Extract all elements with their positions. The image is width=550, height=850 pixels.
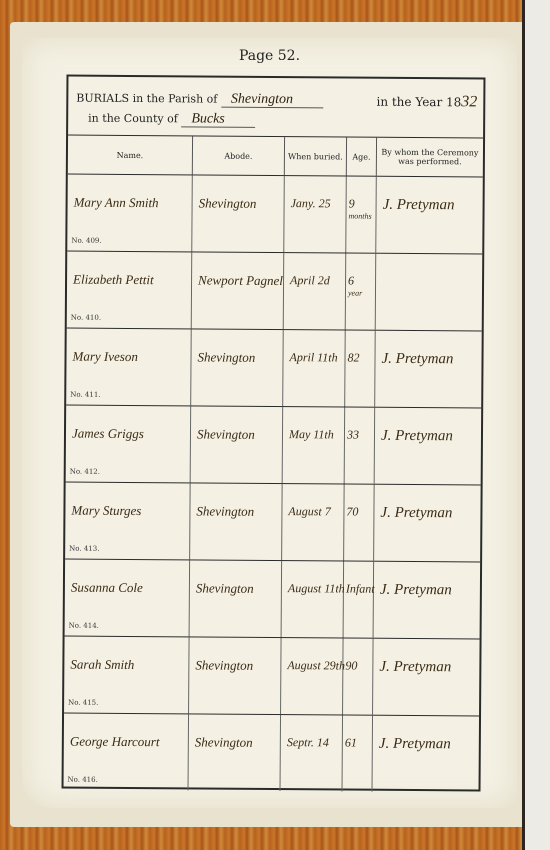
column-headers: Name. Abode. When buried. Age. By whom t… [68,136,483,178]
table-row: Mary IvesonNo. 411. Shevington April 11t… [66,329,482,409]
officiant-cell: J. Pretyman [375,408,482,485]
when-buried-cell: August 11th [282,561,345,637]
entry-number: No. 411. [70,391,100,399]
when-buried-cell: August 29th [281,638,344,714]
burial-register-table: BURIALS in the Parish of Shevington in t… [62,75,486,792]
name-cell: Elizabeth PettitNo. 410. [67,252,193,329]
entry-number: No. 412. [70,468,100,476]
year-line: in the Year 1832 [376,93,477,112]
age-cell: 70 [344,484,375,560]
name-cell: Mary IvesonNo. 411. [66,329,192,406]
name-cell: Susanna ColeNo. 414. [65,560,191,637]
age-cell: 82 [345,331,376,407]
officiant-cell: J. Pretyman [375,331,482,408]
table-row: Mary SturgesNo. 413. Shevington August 7… [65,483,481,563]
entries: Mary Ann SmithNo. 409. Shevington Jany. … [64,175,483,793]
when-buried-cell: August 7 [282,484,345,560]
when-buried-cell: April 11th [283,330,346,406]
entry-number: No. 414. [69,622,99,630]
officiant-cell: J. Pretyman [372,716,479,793]
facing-page-edge [522,0,550,850]
parish-line: BURIALS in the Parish of Shevington [76,91,323,109]
age-cell: 9months [346,177,377,253]
name-cell: James GriggsNo. 412. [66,406,192,483]
age-cell: 33 [345,407,376,483]
register-header: BURIALS in the Parish of Shevington in t… [68,77,483,139]
age-cell: 6year [346,254,377,330]
officiant-cell [376,254,483,331]
name-cell: Mary Ann SmithNo. 409. [67,175,193,252]
col-abode: Abode. [193,136,285,175]
age-cell: Infant [344,561,375,637]
table-row: Mary Ann SmithNo. 409. Shevington Jany. … [67,175,483,255]
entry-number: No. 416. [68,776,98,784]
abode-cell: Shevington [192,175,285,252]
abode-cell: Shevington [191,329,284,406]
col-age: Age. [347,138,377,176]
col-when-buried: When buried. [285,137,347,175]
age-cell: 90 [343,638,374,714]
when-buried-cell: Septr. 14 [281,715,344,791]
table-row: Elizabeth PettitNo. 410. Newport Pagnel … [67,252,483,332]
officiant-cell: J. Pretyman [373,639,480,716]
when-buried-cell: April 2d [284,253,347,329]
table-row: Sarah SmithNo. 415. Shevington August 29… [64,637,480,717]
abode-cell: Newport Pagnel [192,252,285,329]
name-cell: George HarcourtNo. 416. [64,714,190,791]
entry-number: No. 413. [69,545,99,553]
col-officiant: By whom the Ceremony was performed. [377,138,483,177]
abode-cell: Shevington [191,406,284,483]
page-title: Page 52. [22,48,517,64]
entry-number: No. 409. [71,237,101,245]
register-page: Page 52. BURIALS in the Parish of Shevin… [22,38,517,808]
officiant-cell: J. Pretyman [374,485,481,562]
table-row: Susanna ColeNo. 414. Shevington August 1… [65,560,481,640]
entry-number: No. 410. [71,314,101,322]
county-line: in the County of Bucks [88,111,255,128]
col-name: Name. [68,136,193,175]
abode-cell: Shevington [190,560,283,637]
when-buried-cell: May 11th [283,407,346,483]
table-row: James GriggsNo. 412. Shevington May 11th… [66,406,482,486]
abode-cell: Shevington [190,483,283,560]
officiant-cell: J. Pretyman [376,177,483,254]
age-cell: 61 [342,715,373,791]
year-suffix: 32 [461,93,477,110]
name-cell: Sarah SmithNo. 415. [64,637,190,714]
county-name: Bucks [181,111,255,128]
officiant-cell: J. Pretyman [374,562,481,639]
name-cell: Mary SturgesNo. 413. [65,483,191,560]
parish-name: Shevington [221,92,323,109]
when-buried-cell: Jany. 25 [284,176,347,252]
table-row: George HarcourtNo. 416. Shevington Septr… [64,714,480,793]
abode-cell: Shevington [189,637,282,714]
entry-number: No. 415. [68,699,98,707]
abode-cell: Shevington [189,714,282,791]
